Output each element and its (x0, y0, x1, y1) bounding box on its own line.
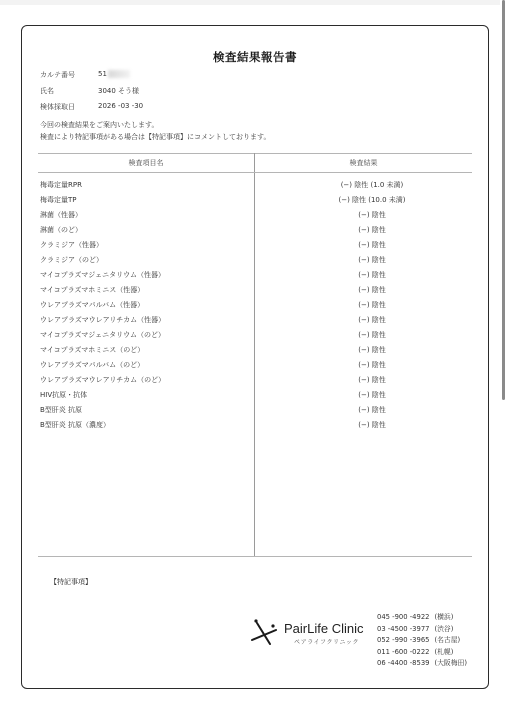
test-result: (−) 陰性 (274, 360, 470, 370)
test-name: ウレアプラズマウレアリチカム（のど） (40, 375, 165, 385)
table-row: マイコプラズマジェニタリウム（性器）(−) 陰性 (40, 270, 470, 283)
test-result: (−) 陰性 (274, 345, 470, 355)
clinic-logo: PairLife Clinic ペアライフクリニック (250, 618, 372, 648)
phone-city: (札幌) (434, 648, 453, 656)
table-row: 淋菌（性器）(−) 陰性 (40, 210, 470, 223)
test-name: 淋菌（のど） (40, 225, 82, 235)
table-row: クラミジア（のど）(−) 陰性 (40, 255, 470, 268)
phone-number: 011 -600 -0222 (377, 648, 429, 656)
test-name: B型肝炎 抗原（濃度） (40, 420, 110, 430)
info-label: カルテ番号 (40, 70, 100, 80)
phone-city: (名古屋) (434, 636, 460, 644)
test-result: (−) 陰性 (274, 225, 470, 235)
clinic-phone-list: 045 -900 -4922(横浜) 03 -4500 -3977(渋谷) 05… (377, 611, 467, 669)
intro-line-1: 今回の検査結果をご案内いたします。 (40, 120, 158, 130)
table-row: B型肝炎 抗原(−) 陰性 (40, 405, 470, 418)
table-row: 梅毒定量RPR(−) 陰性 (1.0 未満) (40, 180, 470, 193)
test-result: (−) 陰性 (274, 375, 470, 385)
table-row: ウレアプラズマウレアリチカム（のど）(−) 陰性 (40, 375, 470, 388)
table-row: HIV抗原・抗体(−) 陰性 (40, 390, 470, 403)
table-row: 淋菌（のど）(−) 陰性 (40, 225, 470, 238)
table-header-item-name: 検査項目名 (38, 158, 254, 168)
test-name: マイコプラズマジェニタリウム（性器） (40, 270, 165, 280)
test-name: ウレアプラズマウレアリチカム（性器） (40, 315, 165, 325)
test-name: クラミジア（のど） (40, 255, 103, 265)
report-title: 検査結果報告書 (22, 49, 488, 65)
phone-number: 052 -990 -3965 (377, 636, 429, 644)
viewer-top-bar (0, 0, 510, 5)
test-name: クラミジア（性器） (40, 240, 103, 250)
clinic-name-kana: ペアライフクリニック (294, 637, 359, 646)
info-value: 2026 -03 -30 (98, 102, 143, 110)
pairlife-figure-icon (250, 618, 282, 648)
test-result: (−) 陰性 (274, 300, 470, 310)
test-result: (−) 陰性 (274, 285, 470, 295)
test-result: (−) 陰性 (274, 315, 470, 325)
table-row: ウレアプラズマパルバム（のど）(−) 陰性 (40, 360, 470, 373)
phone-nagoya: 052 -990 -3965(名古屋) (377, 634, 467, 646)
table-row: B型肝炎 抗原（濃度）(−) 陰性 (40, 420, 470, 433)
test-name: 梅毒定量TP (40, 195, 77, 205)
phone-number: 03 -4500 -3977 (377, 625, 429, 633)
table-row: マイコプラズマジェニタリウム（のど）(−) 陰性 (40, 330, 470, 343)
info-label: 氏名 (40, 86, 100, 96)
intro-line-2: 検査により特記事項がある場合は【特記事項】にコメントしております。 (40, 132, 270, 142)
table-top-divider (38, 153, 472, 154)
table-header-result: 検査結果 (255, 158, 472, 168)
table-row: クラミジア（性器）(−) 陰性 (40, 240, 470, 253)
redacted-blur (108, 70, 130, 78)
test-result: (−) 陰性 (274, 240, 470, 250)
test-result: (−) 陰性 (274, 270, 470, 280)
table-row: 梅毒定量TP(−) 陰性 (10.0 未満) (40, 195, 470, 208)
test-name: ウレアプラズマパルバム（性器） (40, 300, 144, 310)
test-name: 淋菌（性器） (40, 210, 82, 220)
test-name: ウレアプラズマパルバム（のど） (40, 360, 144, 370)
phone-yokohama: 045 -900 -4922(横浜) (377, 611, 467, 623)
phone-city: (渋谷) (434, 625, 453, 633)
table-bottom-divider (38, 556, 472, 557)
report-page: 検査結果報告書 カルテ番号 51 氏名 3040 そう様 検体採取日 2026 … (21, 25, 489, 689)
phone-number: 06 -4400 -8539 (377, 659, 429, 667)
phone-city: (横浜) (434, 613, 453, 621)
scrollbar-thumb[interactable] (502, 0, 505, 400)
table-row: ウレアプラズマウレアリチカム（性器）(−) 陰性 (40, 315, 470, 328)
test-result: (−) 陰性 (10.0 未満) (274, 195, 470, 205)
test-result: (−) 陰性 (1.0 未満) (274, 180, 470, 190)
test-name: 梅毒定量RPR (40, 180, 82, 190)
test-result: (−) 陰性 (274, 330, 470, 340)
table-header-divider (38, 172, 472, 173)
phone-number: 045 -900 -4922 (377, 613, 429, 621)
phone-sapporo: 011 -600 -0222(札幌) (377, 646, 467, 658)
test-result: (−) 陰性 (274, 210, 470, 220)
clinic-name: PairLife Clinic (284, 621, 363, 636)
table-row: ウレアプラズマパルバム（性器）(−) 陰性 (40, 300, 470, 313)
info-value: 3040 そう様 (98, 86, 139, 96)
phone-city: (大阪梅田) (434, 659, 467, 667)
table-row: マイコプラズマホミニス（のど）(−) 陰性 (40, 345, 470, 358)
table-row: マイコプラズマホミニス（性器）(−) 陰性 (40, 285, 470, 298)
info-value: 51 (98, 70, 130, 78)
test-name: マイコプラズマホミニス（のど） (40, 345, 144, 355)
test-result: (−) 陰性 (274, 420, 470, 430)
test-name: マイコプラズマジェニタリウム（のど） (40, 330, 165, 340)
test-name: B型肝炎 抗原 (40, 405, 82, 415)
test-result: (−) 陰性 (274, 405, 470, 415)
test-result: (−) 陰性 (274, 255, 470, 265)
test-name: HIV抗原・抗体 (40, 390, 87, 400)
remarks-label: 【特記事項】 (50, 577, 92, 587)
test-result: (−) 陰性 (274, 390, 470, 400)
phone-shibuya: 03 -4500 -3977(渋谷) (377, 623, 467, 635)
info-label: 検体採取日 (40, 102, 100, 112)
test-name: マイコプラズマホミニス（性器） (40, 285, 144, 295)
phone-osaka-umeda: 06 -4400 -8539(大阪梅田) (377, 657, 467, 669)
